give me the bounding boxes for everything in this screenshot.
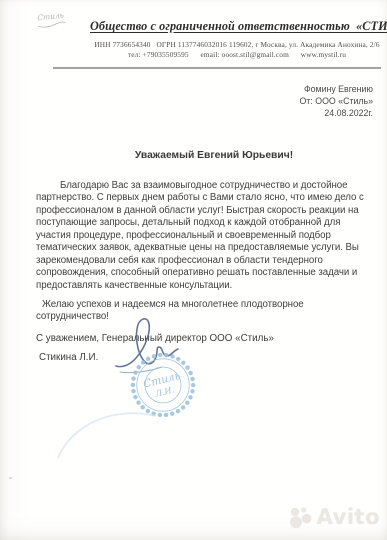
letterhead-divider [53,67,381,69]
company-script-logo: Стиль [30,11,71,31]
scan-artifact [9,477,12,479]
greeting: Уважаемый Евгений Юрьевич! [40,150,387,161]
avito-brand-text: Avito [317,505,380,529]
body-paragraph-2: Желаю успехов и надеемся на многолетнее … [36,299,367,324]
body-paragraph-1: Благодарю Вас за взаимовыгодное сотрудни… [36,180,367,292]
letter-page: Стиль Общество с ограниченной ответствен… [0,0,387,540]
avito-logo-icon [289,506,314,529]
recipient-from: От: ООО «Стиль» [299,95,373,107]
company-contacts: тел: +79035509595 email: ooost.stil@gmai… [92,50,382,59]
letter-date: 24.08.2022г. [299,107,373,119]
company-title: Общество с ограниченной ответственностью… [90,19,381,34]
recipient-block: Фомину Евгению От: ООО «Стиль» 24.08.202… [299,83,373,120]
faint-ink-arc [52,402,162,464]
recipient-name: Фомину Евгению [299,83,373,95]
signer-name: Стикина Л.И. [39,352,98,363]
company-requisites: ИНН 7736654340 ОГРН 1137746032016 119602… [92,40,382,49]
avito-watermark: Avito [289,505,380,529]
